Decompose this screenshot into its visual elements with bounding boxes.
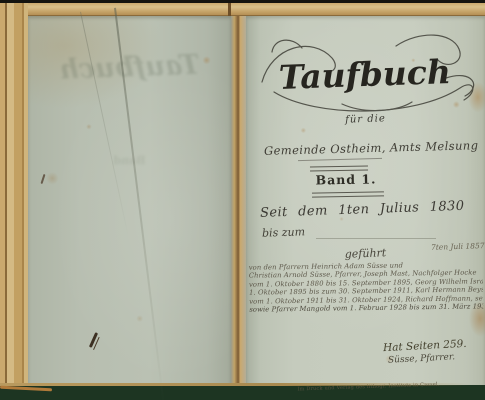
divider-rule: [310, 165, 368, 171]
community-line: Gemeinde Ostheim, Amts Melsungen: [264, 138, 479, 158]
bleedthrough-title-text: Taufbuch: [28, 48, 232, 86]
book-bottom-corner-edge: [0, 386, 52, 392]
margin-date-note: 7ten Juli 1857: [431, 241, 485, 252]
pastor-signature: Süsse, Pfarrer.: [388, 352, 456, 365]
date-to-blank-rule: [316, 238, 436, 239]
open-book-scan: Taufbuch Band Taufbuch für die Gemeinde: [0, 3, 485, 392]
title-text: Taufbuch: [278, 52, 451, 97]
pastors-record-block: von den Pfarrern Heinrich Adam Süsse und…: [249, 260, 484, 314]
book-gutter: [231, 16, 246, 385]
ink-blot: [41, 174, 46, 184]
divider-rule: [312, 191, 384, 197]
paper-crease: [80, 12, 129, 237]
date-to-line: bis zum: [262, 225, 305, 239]
ink-blot: [89, 332, 98, 348]
book-left-page-edges: [0, 3, 28, 385]
bleedthrough-band-text: Band: [28, 154, 231, 167]
scanned-register-screenshot: { "left_page": { "bleedthrough_title": "…: [0, 0, 485, 400]
volume-label: Band 1.: [306, 171, 386, 187]
community-underline: [298, 158, 382, 161]
title-page: Taufbuch für die Gemeinde Ostheim, Amts …: [246, 16, 485, 385]
date-from-line: Seit dem 1ten Julius 1830: [260, 198, 480, 221]
left-blank-page: Taufbuch Band: [28, 16, 231, 385]
book-top-page-edge: [0, 3, 485, 16]
book-bottom-page-edge: [0, 383, 470, 386]
